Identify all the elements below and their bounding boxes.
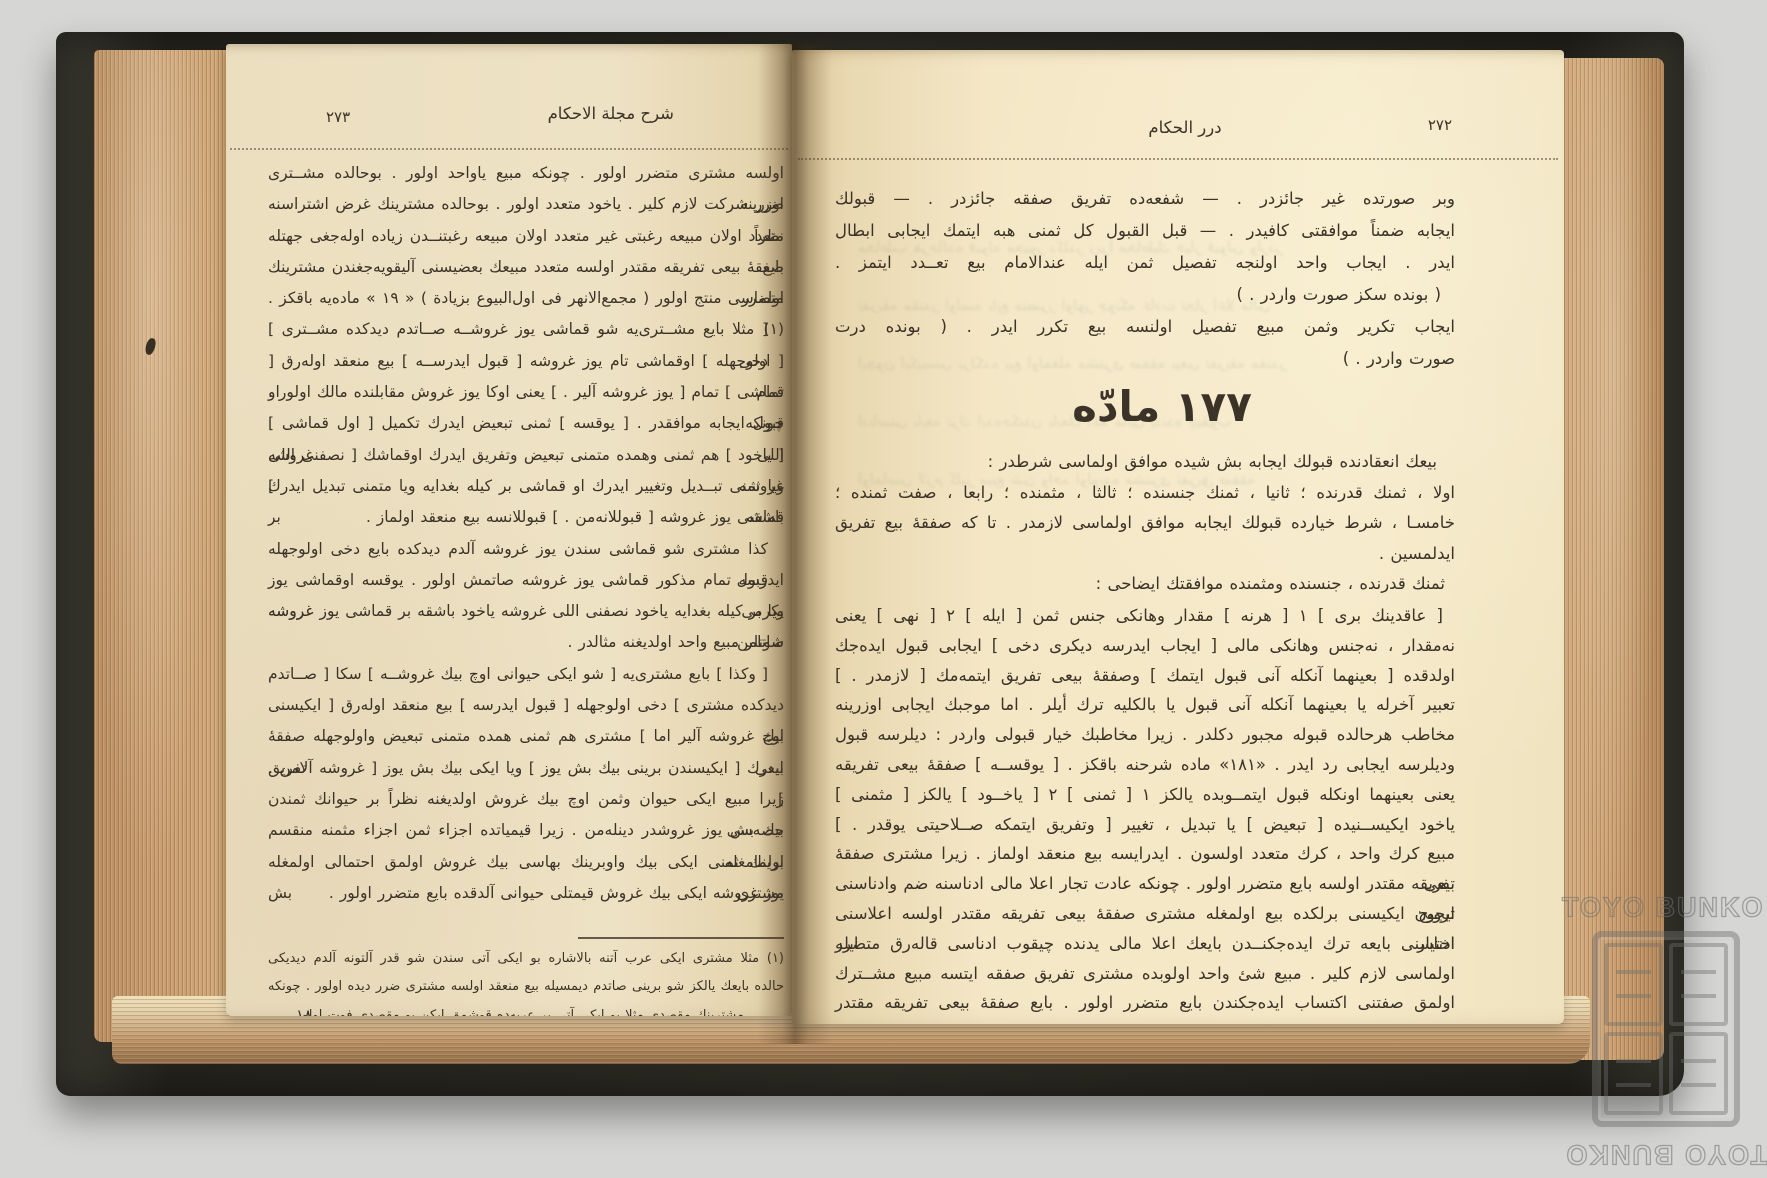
text-line: [ ياخود ] هم ثمنى وهمده متمنى تبعيض وتفر… xyxy=(268,440,784,471)
right-header-rule xyxy=(798,158,1558,160)
text-line: بيعك انعقادنده قبولك ايجابه بش شيده مواف… xyxy=(835,447,1455,478)
page-edges-left xyxy=(94,50,236,1042)
text-line: مشترينك مقصدى مثلا بو ايكى آتى بر عربه‌د… xyxy=(268,1002,784,1016)
text-line: تفريقه مقتدر اولسه بايع متضرر اولور . چو… xyxy=(835,869,1455,899)
text-line: ديدكده مشترى ] دخى اولوجهله [ قبول ايدرس… xyxy=(268,690,784,721)
left-body-text: اولسه مشترى متضرر اولور . چونكه مبيع ياو… xyxy=(268,158,784,909)
text-line: ضرر شركت لازم كلير . ياخود متعدد اولور .… xyxy=(268,189,784,220)
right-intro-text: وبر صورتده غير جائزدر . — شفعه‌ده تفريق … xyxy=(835,183,1455,375)
text-line: بيك غروشه آلير اما ] مشترى هم ثمنى همده … xyxy=(268,721,784,752)
text-line: قبول ايجابه موافقدر . [ يوقسه ] ثمنى تبع… xyxy=(268,408,784,439)
text-line: شونلر مبيع واحد اولديغنه مثالدر . xyxy=(268,627,784,658)
left-running-title: شرح مجلة الاحكام xyxy=(548,104,674,123)
text-line: ايجابه ضمناً موافقتى كافيدر . — قبل القب… xyxy=(835,215,1455,247)
right-page: مخاطب هرحالده قبوله مجبور دكلدر زيرا مخا… xyxy=(792,50,1564,1024)
text-line: كذا مشترى شو قماشى سندن يوز غروشه آلدم د… xyxy=(268,534,784,565)
text-line: ايدر . ايجاب واحد اولنجه تفصيل ثمن ايله … xyxy=(835,247,1455,279)
text-line: برينك ثمنى ايكى بيك واوبرينك بهاسى بيك غ… xyxy=(268,847,784,878)
left-page: ٢٧٣ شرح مجلة الاحكام اولسه مشترى متضرر ا… xyxy=(226,44,792,1016)
text-line: ثمنك قدرنده ، جنسنده ومثمنده موافقتك ايض… xyxy=(835,569,1455,600)
text-line: قماشى ] تمام [ يوز غروشه آلير . ] يعنى ا… xyxy=(268,377,784,408)
text-line: اولدقده [ بعينهما آنكله آنى قبول ايتمك ]… xyxy=(835,661,1455,691)
left-header-rule xyxy=(230,148,788,150)
text-line: ( بونده سكز صورت واردر . ) xyxy=(835,279,1455,311)
text-line: تعبير آخرله يا بعينهما آنكله آنى قبول يا… xyxy=(835,690,1455,720)
text-line: ايچون ايكيسنى برلكده بيع اولمغله مشترى ص… xyxy=(835,899,1455,929)
text-line: اولماسى لازم كلير . مبيع شئ واحد اولوبده… xyxy=(835,959,1455,989)
text-line: مبيع كرك واحد ، كرك متعدد اولسون . ايدرا… xyxy=(835,839,1455,869)
text-line: [ مثلا بايع مشــترى‌يه شو قماشى يوز غروش… xyxy=(268,314,784,345)
text-line: حالده بايعك يالكز شو برينى صاتدم ديمسيله… xyxy=(268,973,784,1001)
right-commentary-text: [ عاقدينك برى ] ١ [ هرنه ] مقدار وهانكى … xyxy=(835,601,1455,1018)
text-line: اولا ، ثمنك قدرنده ؛ ثانيا ، ثمنك جنسنده… xyxy=(835,478,1455,509)
text-line: اولسه مشترى متضرر اولور . چونكه مبيع ياو… xyxy=(268,158,784,189)
text-line: ادناسنى بايعه ترك ايده‌جكنــدن بايعك اعل… xyxy=(835,929,1455,959)
text-line: ايدرك [ ايكيسندن برينى بيك بش يوز ] ويا … xyxy=(268,753,784,784)
text-line: بيك بش يوز غروشدر دينله‌من . زيرا قيميات… xyxy=(268,815,784,846)
text-line: خامسـا ، شرط خيارده قبولك ايجابه موافق ا… xyxy=(835,508,1455,539)
article-heading: ١٧٧ مادّه xyxy=(852,378,1472,440)
text-line: نه‌مقدار ، نه‌جنس وهانكى مالى [ ايجاب اي… xyxy=(835,631,1455,661)
text-line: وديلرسه ايجابى رد ايدر . «١٨١» ماده شرحن… xyxy=(835,750,1455,780)
text-line: متعدد اولان مبيعه رغبتى غير متعدد اولان … xyxy=(268,221,784,252)
watermark-text-flipped: TOYO BUNKO xyxy=(1558,1138,1767,1170)
text-line: يعنى بعينهما اونكله قبول ايتمــوبده يالك… xyxy=(835,780,1455,810)
page-edges-right xyxy=(1552,58,1664,1060)
text-line: صورت واردر . ) xyxy=(835,343,1455,375)
text-line: ايدلمسين . xyxy=(835,539,1455,570)
footnote-text: (١) مثلا مشترى ايكى عرب آتنه بالاشاره بو… xyxy=(268,945,784,1016)
text-line: ويا بر كيله بغدايه ياخود نصفنى اللى غروش… xyxy=(268,596,784,627)
right-conditions-text: بيعك انعقادنده قبولك ايجابه بش شيده مواف… xyxy=(835,447,1455,600)
footnote-rule xyxy=(578,937,784,939)
text-line: زيرا مبيع ايكى حيوان وثمن اوچ بيك غروش ا… xyxy=(268,784,784,815)
right-running-title: درر الحكام xyxy=(875,118,1495,137)
text-line: ايجاب تكرير وثمن مبيع تفصيل اولنسه بيع ت… xyxy=(835,311,1455,343)
signature-number: ١٨ xyxy=(296,1006,312,1016)
left-page-number: ٢٧٣ xyxy=(326,108,350,126)
text-line: يوز غروشه ايكى بيك غروش قيمتلى حيوانى آل… xyxy=(268,878,784,909)
text-line: ايدرسه تمام مذكور قماشى يوز غروشه صاتمش … xyxy=(268,565,784,596)
text-line: اولمق صفتنى اكتساب ايده‌جكندن بايع متضرر… xyxy=(835,988,1455,1018)
text-line: اولماسى منتج اولور ( مجمع‌الانهر فى اول‌… xyxy=(268,283,784,314)
right-page-number: ٢٧٢ xyxy=(1428,116,1452,134)
text-line: [ اولوجهله ] اوقماشى تام يوز غروشه [ قبو… xyxy=(268,346,784,377)
text-line: وبر صورتده غير جائزدر . — شفعه‌ده تفريق … xyxy=(835,183,1455,215)
text-line: صفقهٔ بيعى تفريقه مقتدر اولسه متعدد مبيع… xyxy=(268,252,784,283)
text-line: (١) مثلا مشترى ايكى عرب آتنه بالاشاره بو… xyxy=(268,945,784,973)
text-line: ياخود ايكيســنيده [ تبعيض ] يا تبديل ، ت… xyxy=(835,810,1455,840)
text-line: [ وكذا ] بايع مشترى‌يه [ شو ايكى حيوانى … xyxy=(268,659,784,690)
text-line: ويا ثمنى تبــديل وتغيير ايدرك او قماشى ب… xyxy=(268,471,784,502)
photo-background: ٢٧٣ شرح مجلة الاحكام اولسه مشترى متضرر ا… xyxy=(0,0,1767,1178)
text-line: [ عاقدينك برى ] ١ [ هرنه ] مقدار وهانكى … xyxy=(835,601,1455,631)
text-line: مخاطب هرحالده قبوله مجبور دكلدر . زيرا م… xyxy=(835,720,1455,750)
